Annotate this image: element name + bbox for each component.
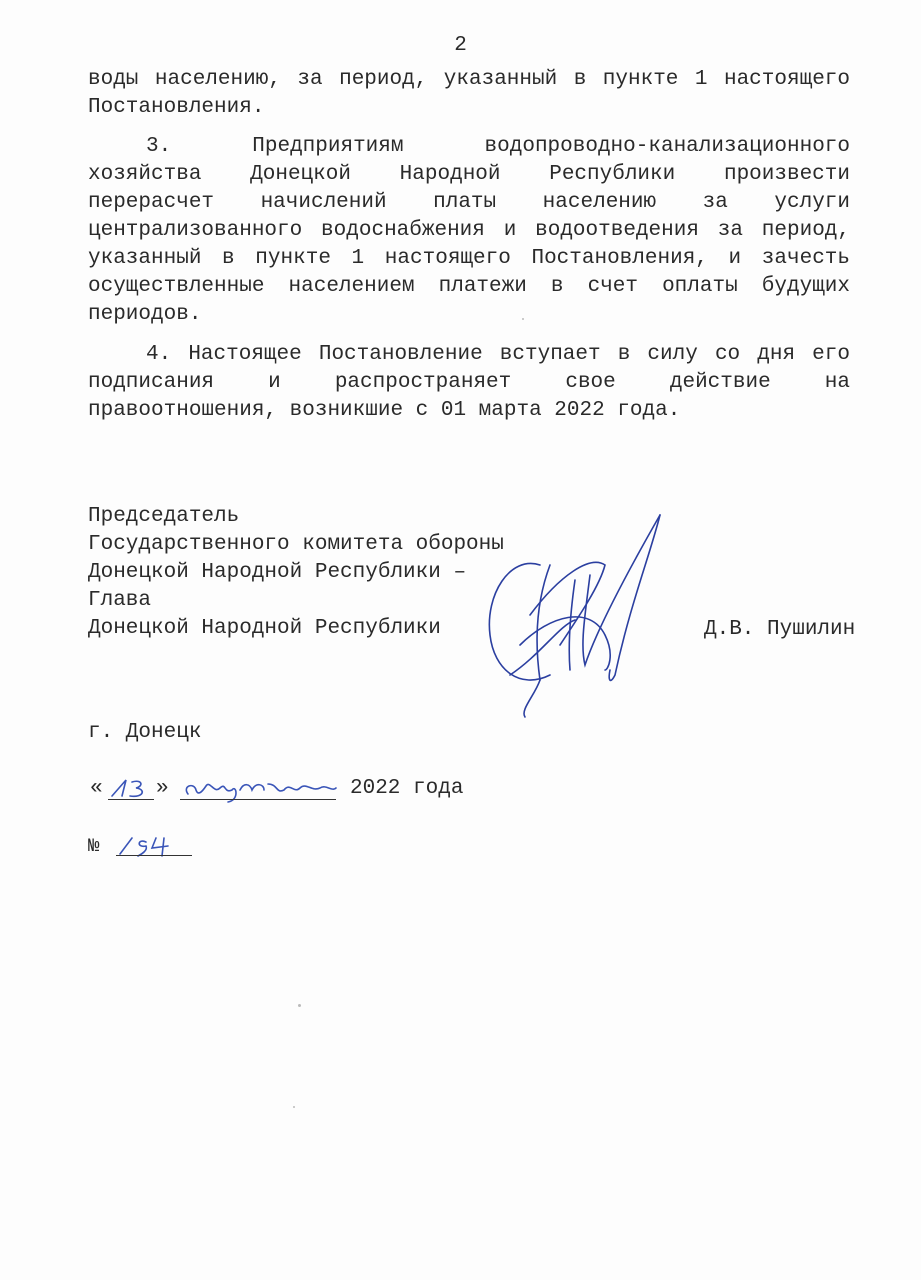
handwritten-signature <box>480 505 680 720</box>
day-underline <box>108 799 154 800</box>
number-label: № <box>88 832 116 860</box>
number-underline <box>116 855 192 856</box>
paragraph-3-line-5: указанный в пункте 1 настоящего Постанов… <box>88 245 850 273</box>
signer-title-line-1: Председатель <box>88 503 239 531</box>
paragraph-4-line-1: 4. Настоящее Постановление вступает в си… <box>146 341 850 369</box>
signer-name: Д.В. Пушилин <box>704 616 855 644</box>
paragraph-3-line-3: перерасчет начислений платы населению за… <box>88 189 850 217</box>
signer-title-line-4: Глава <box>88 587 151 615</box>
page-number: 2 <box>0 34 921 57</box>
paragraph-3-line-4: централизованного водоснабжения и водоот… <box>88 217 850 245</box>
date-close-quote: » <box>156 775 176 803</box>
date-open-quote: « <box>90 775 110 803</box>
signer-title-line-2: Государственного комитета обороны <box>88 531 504 559</box>
paragraph-3-line-6: осуществленные населением платежи в счет… <box>88 273 850 301</box>
paragraph-continuation-line-1: воды населению, за период, указанный в п… <box>88 66 850 94</box>
paragraph-3-line-7: периодов. <box>88 301 850 329</box>
date-year-text: 2022 года <box>350 775 463 803</box>
place-text: г. Донецк <box>88 719 850 747</box>
paragraph-3-line-2: хозяйства Донецкой Народной Республики п… <box>88 161 850 189</box>
scan-speck <box>298 1004 301 1007</box>
scan-speck <box>522 318 524 320</box>
signer-title-line-3: Донецкой Народной Республики – <box>88 559 466 587</box>
paragraph-4-line-2: подписания и распространяет свое действи… <box>88 369 850 397</box>
document-page: 2 воды населению, за период, указанный в… <box>0 0 921 1280</box>
paragraph-3-line-1: 3. Предприятиям водопроводно-канализацио… <box>146 133 850 161</box>
paragraph-continuation-line-2: Постановления. <box>88 94 850 122</box>
signer-title-line-5: Донецкой Народной Республики <box>88 615 441 643</box>
handwritten-day <box>108 776 153 800</box>
scan-speck <box>293 1106 295 1108</box>
paragraph-4-line-3: правоотношения, возникшие с 01 марта 202… <box>88 397 850 425</box>
month-underline <box>180 799 336 800</box>
